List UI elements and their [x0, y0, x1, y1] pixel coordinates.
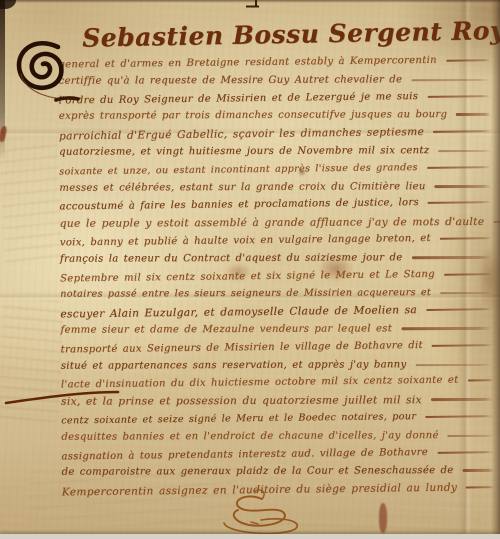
line-filler-dash	[466, 486, 494, 488]
line-text: Septembre mil six centz soixante et six …	[60, 269, 435, 285]
line-filler-dash	[411, 79, 490, 81]
manuscript-scan: Sebastien Bossu Sergent Royal general et…	[0, 0, 500, 539]
line-filler-dash	[446, 59, 491, 62]
line-filler-dash	[433, 130, 491, 133]
line-text: accoustumé à faire les bannies et procla…	[59, 198, 419, 213]
line-text: de comparoistre aux generaux plaidz de l…	[62, 466, 454, 479]
line-text: Kempercorentin assignez en l'auditoire d…	[62, 482, 458, 499]
manuscript-line: Kempercorentin assignez en l'auditoire d…	[62, 478, 494, 501]
line-text: centz soixante et seize signé le Meru et…	[61, 411, 416, 426]
paper-top-edge	[0, 0, 500, 3]
line-text: certiffie qu'à la requeste de Messire Gu…	[58, 74, 402, 86]
line-text: parroichial d'Ergué Gabellic, sçavoir le…	[59, 126, 424, 142]
line-filler-dash	[467, 379, 492, 381]
line-filler-dash	[428, 201, 492, 204]
line-text: que le peuple y estoit assemblé à grande…	[60, 216, 485, 230]
line-text: situé et appartenances sans reservation,…	[61, 359, 407, 372]
line-text: voix, banny et publié à haulte voix en v…	[60, 233, 431, 249]
title-row: Sebastien Bossu Sergent Royal	[82, 18, 488, 50]
line-text: françois la teneur du Contract d'aquest …	[60, 252, 403, 264]
manuscript-title: Sebastien Bossu Sergent Royal	[82, 15, 500, 52]
red-edge-mark	[379, 503, 387, 533]
paper-right-edge	[491, 0, 500, 539]
line-filler-dash	[411, 256, 491, 259]
line-filler-dash	[427, 166, 491, 169]
line-text: six, et la prinse et possession du quato…	[61, 394, 422, 408]
line-filler-dash	[435, 185, 492, 188]
line-text: l'ordre du Roy Seigneur de Missirien et …	[59, 91, 419, 106]
line-text: l'acte d'insinuation du dix huictiesme o…	[61, 375, 459, 391]
line-filler-dash	[440, 292, 492, 294]
line-filler-dash	[415, 363, 492, 365]
manuscript-text: Sebastien Bossu Sergent Royal general et…	[0, 0, 500, 539]
line-filler-dash	[437, 451, 493, 454]
line-text: femme sieur et dame de Mezaulne vendeurs…	[60, 324, 392, 336]
line-filler-dash	[401, 327, 492, 330]
line-filler-dash	[456, 114, 491, 117]
line-filler-dash	[438, 150, 491, 152]
line-text: assignation à tous pretendants interestz…	[61, 447, 428, 462]
scan-background-strip	[0, 534, 500, 539]
manuscript-body: general et d'armes en Bretaigne residant…	[58, 52, 493, 500]
line-filler-dash	[463, 470, 494, 473]
line-text: general et d'armes en Bretaigne residant…	[58, 55, 437, 71]
line-text: notaires passé entre les sieurs seigneur…	[60, 288, 431, 301]
line-text: soixante et unze, ou estant incontinant …	[59, 162, 418, 177]
line-text: quatorziesme, et vingt huitiesme jours d…	[59, 146, 429, 159]
line-filler-dash	[440, 237, 492, 240]
line-filler-dash	[448, 434, 494, 436]
line-filler-dash	[432, 344, 493, 347]
line-filler-dash	[431, 398, 493, 401]
line-filler-dash	[425, 415, 493, 418]
line-text: transporté aux Seigneurs de Missirien le…	[61, 340, 423, 355]
line-filler-dash	[427, 95, 490, 98]
line-text: exprès transporté par trois dimanches co…	[59, 110, 448, 123]
line-filler-dash	[444, 273, 492, 276]
line-text: desquittes bannies et en l'endroict de c…	[61, 430, 438, 443]
line-filler-dash	[426, 308, 492, 311]
line-text: messes et célébrées, estant sur la grand…	[59, 181, 425, 194]
line-text: escuyer Alain Euzulgar, et damoyselle Cl…	[60, 304, 417, 320]
